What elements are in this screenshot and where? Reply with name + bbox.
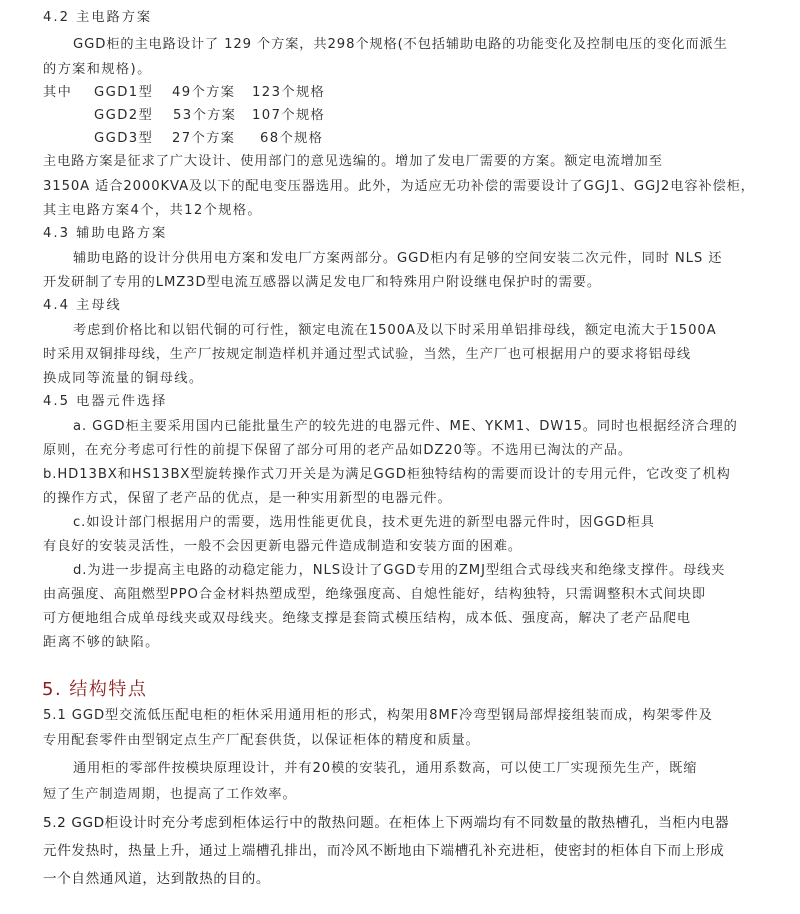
paragraph-line: 可方便地组合成单母线夹或双母线夹。绝缘支撑是套筒式模压结构，成本低、强度高，解决…	[43, 609, 691, 629]
paragraph-line: 时采用双铜排母线，生产厂按规定制造样机并通过型式试验，当然，生产厂也可根据用户的…	[43, 345, 691, 365]
paragraph-line: 开发研制了专用的LMZ3D型电流互感器以满足发电厂和特殊用户附设继电保护时的需要…	[43, 273, 601, 293]
paragraph-line: 原则，在充分考虑可行性的前提下保留了部分可用的老产品如DZ20等。不选用已淘汰的…	[43, 441, 632, 461]
paragraph-line: 通用柜的零部件按模块原理设计，并有20模的安装孔，通用系数高，可以使工厂实现预先…	[73, 759, 697, 779]
paragraph-line: 辅助电路的设计分供用电方案和发电厂方案两部分。GGD柜内有足够的空间安装二次元件…	[73, 249, 722, 269]
paragraph-line: 一个自然通风道，达到散热的目的。	[43, 869, 270, 889]
paragraph-line: 5.1 GGD型交流低压配电柜的柜休采用通用柜的形式，构架用8MF冷弯型钢局部焊…	[43, 706, 713, 726]
paragraph-line: 其主电路方案4个，共12个规格。	[43, 201, 262, 221]
paragraph-line: 有良好的安装灵活性，一般不会因更新电器元件造成制造和安装方面的困难。	[43, 537, 522, 557]
paragraph-line: GGD柜的主电路设计了 129 个方案，共298个规格(不包括辅助电路的功能变化…	[73, 35, 728, 55]
section-4-4-heading: 4.4 主母线	[43, 296, 122, 316]
paragraph-line: a. GGD柜主要采用国内已能批量生产的较先进的电器元件、ME、YKM1、DW1…	[73, 417, 738, 437]
paragraph-line: b.HD13BX和HS13BX型旋转操作式刀开关是为满足GGD柜独特结构的需要而…	[43, 465, 731, 485]
paragraph-line: 元件发热时，热量上升，通过上端槽孔排出，而冷风不断地由下端槽孔补充进柜，使密封的…	[43, 841, 724, 861]
paragraph-line: 短了生产制造周期，也提高了工作效率。	[43, 785, 297, 805]
table-cell-model: GGD2型	[94, 106, 153, 126]
table-cell-schemes: 49个方案	[172, 83, 235, 103]
table-cell-schemes: 53个方案	[173, 106, 236, 126]
paragraph-line: 考虑到价格比和以铝代铜的可行性，额定电流在1500A及以下时采用单铝排母线，额定…	[73, 321, 717, 341]
paragraph-line: 3150A 适合2000KVA及以下的配电变压器选用。此外，为适应无功补偿的需要…	[43, 177, 755, 197]
table-cell-specs: 107个规格	[252, 106, 325, 126]
table-cell-model: GGD1型	[94, 83, 153, 103]
paragraph-line: d.为进一步提高主电路的动稳定能力，NLS设计了GGD专用的ZMJ型组合式母线夹…	[73, 561, 725, 581]
paragraph-line: 距离不够的缺陷。	[43, 633, 160, 653]
paragraph-line: 主电路方案是征求了广大设计、使用部门的意见选编的。增加了发电厂需要的方案。额定电…	[43, 152, 663, 172]
section-4-3-heading: 4.3 辅助电路方案	[43, 224, 167, 244]
paragraph-line: 的操作方式，保留了老产品的优点，是一种实用新型的电器元件。	[43, 489, 452, 509]
section-5-heading: 5. 结构特点	[42, 678, 147, 702]
table-cell-specs: 68个规格	[260, 129, 323, 149]
paragraph-line: 的方案和规格)。	[43, 60, 152, 80]
table-cell-schemes: 27个方案	[172, 129, 235, 149]
paragraph-line: 5.2 GGD柜设计时充分考虑到柜体运行中的散热问题。在柜体上下两端均有不同数量…	[43, 813, 729, 833]
table-cell-specs: 123个规格	[252, 83, 325, 103]
paragraph-line: 专用配套零件由型钢定点生产厂配套供货，以保证柜体的精度和质量。	[43, 731, 480, 751]
section-4-2-heading: 4.2 主电路方案	[43, 8, 152, 28]
section-4-5-heading: 4.5 电器元件选择	[43, 392, 167, 412]
paragraph-line: 换成同等流量的铜母线。	[43, 369, 203, 389]
table-label: 其中	[43, 83, 72, 103]
paragraph-line: c.如设计部门根据用户的需要，选用性能更优良，技术更先进的新型电器元件时，因GG…	[73, 513, 655, 533]
paragraph-line: 由高强度、高阻燃型PPO合金材料热塑成型，绝缘强度高、自熄性能好，结构独特，只需…	[43, 585, 706, 605]
table-cell-model: GGD3型	[94, 129, 153, 149]
